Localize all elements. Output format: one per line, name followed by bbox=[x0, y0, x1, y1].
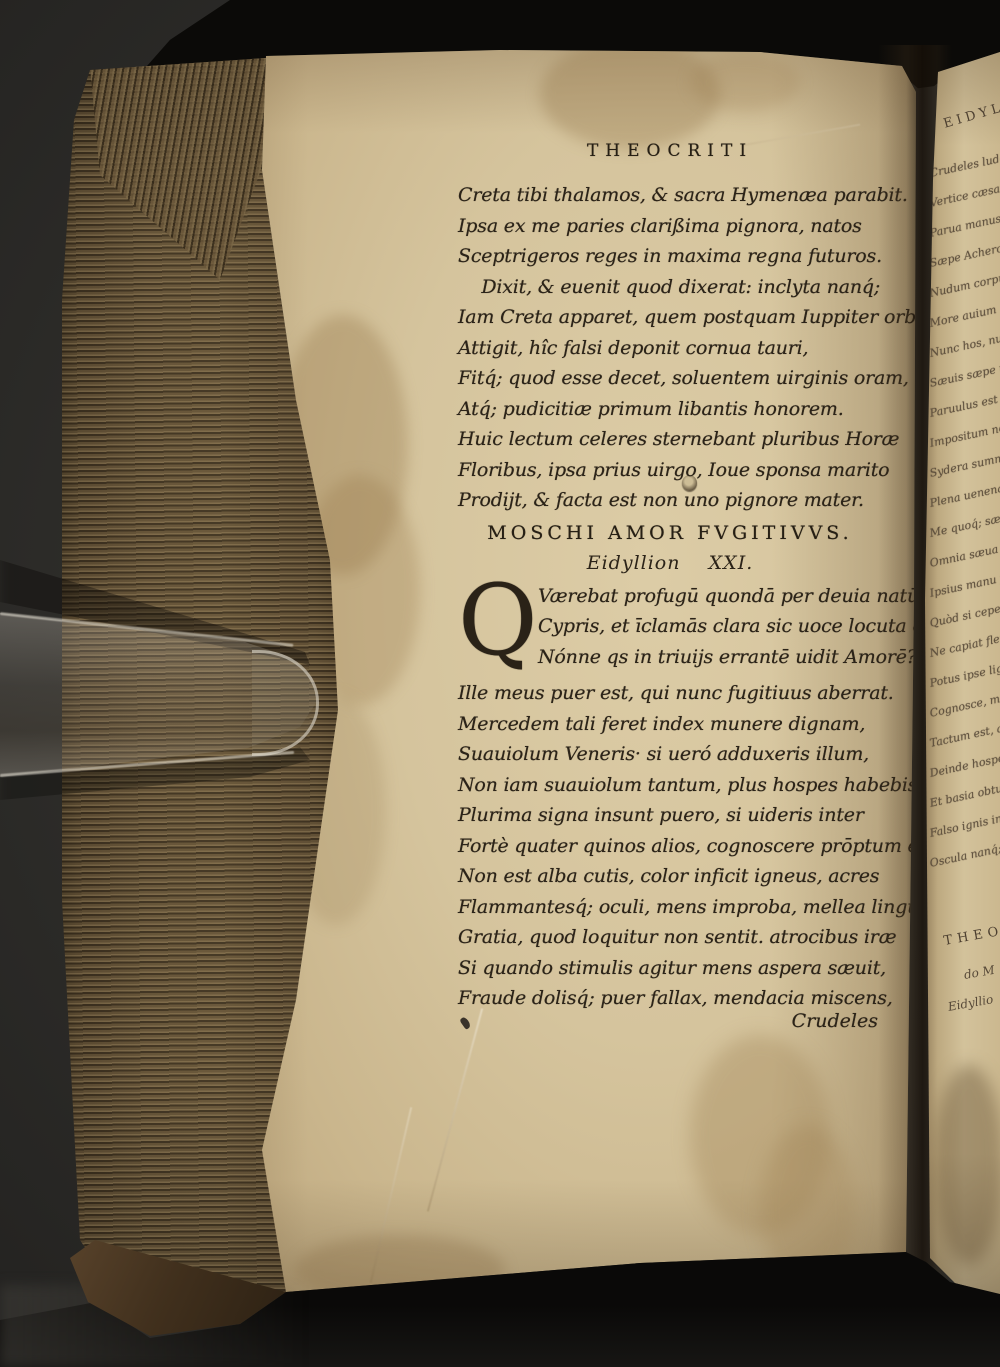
poem-line: Ille meus puer est, qui nunc fugitiuus a… bbox=[458, 678, 882, 709]
poem-line: Ipsa ex me paries clarißima pignora, nat… bbox=[458, 211, 882, 242]
drop-cap-initial: Q bbox=[458, 581, 538, 661]
poem-line: Sceptrigeros reges in maxima regna futur… bbox=[458, 241, 882, 272]
poem-line: Non iam suauiolum tantum, plus hospes ha… bbox=[458, 770, 882, 801]
footer-heading-fragment: THEOC bbox=[941, 886, 1000, 959]
idyll-opening: Q Værebat profugū quondā per deuia natūC… bbox=[458, 581, 882, 673]
poem-line: Flammantesq́; oculi, mens improba, melle… bbox=[458, 892, 882, 923]
poem-line: Prodijt, & facta est non uno pignore mat… bbox=[458, 485, 882, 516]
poem-line: Floribus, ipsa prius uirgo, Ioue sponsa … bbox=[458, 455, 882, 486]
page-crease bbox=[427, 1008, 483, 1211]
book-photograph: THEOCRITI Creta tibi thalamos, & sacra H… bbox=[0, 0, 1000, 1367]
poem-line: Non est alba cutis, color inficit igneus… bbox=[458, 861, 882, 892]
page-stain bbox=[690, 53, 800, 111]
page-text-block: THEOCRITI Creta tibi thalamos, & sacra H… bbox=[458, 138, 882, 1032]
poem-line: Fortè quater quinos alios, cognoscere pr… bbox=[458, 831, 882, 862]
poem-line: Cypris, et īclamās clara sic uoce locuta… bbox=[538, 611, 882, 642]
poem-line: Huic lectum celeres sternebant pluribus … bbox=[458, 424, 882, 455]
poem-line: Si quando stimulis agitur mens aspera sæ… bbox=[458, 953, 882, 984]
poem-end-lines: Creta tibi thalamos, & sacra Hymenæa par… bbox=[458, 180, 882, 516]
poem-line: Creta tibi thalamos, & sacra Hymenæa par… bbox=[458, 180, 882, 211]
poem-line: Suauiolum Veneris· si ueró adduxeris ill… bbox=[458, 739, 882, 770]
poem-line: Attigit, hîc falsi deponit cornua tauri, bbox=[458, 333, 882, 364]
right-page-text: EIDYLL Crudeles ludosVertice cæsariesPar… bbox=[930, 115, 1000, 1023]
poem-line: Nónne qs in triuijs errantē uidit Amorē? bbox=[538, 642, 882, 673]
right-page-footer: THEOC do M Eidyllio bbox=[930, 925, 1000, 1023]
poem-line: Gratia, quod loquitur non sentit. atroci… bbox=[458, 922, 882, 953]
poem-line: Fraude dolisq́; puer fallax, mendacia mi… bbox=[458, 983, 882, 1014]
idyll-lines: Ille meus puer est, qui nunc fugitiuus a… bbox=[458, 678, 882, 1014]
poem-line: Fitq́; quod esse decet, soluentem uirgin… bbox=[458, 363, 882, 394]
poem-line: Mercedem tali feret index munere dignam, bbox=[458, 709, 882, 740]
page-stain bbox=[540, 39, 720, 149]
running-head: THEOCRITI bbox=[458, 138, 882, 164]
poem-line: Plurima signa insunt puero, si uideris i… bbox=[458, 800, 882, 831]
right-page: EIDYLL Crudeles ludosVertice cæsariesPar… bbox=[920, 45, 1000, 1305]
left-page: THEOCRITI Creta tibi thalamos, & sacra H… bbox=[240, 45, 920, 1305]
page-stain bbox=[934, 1065, 1000, 1265]
poem-line: Iam Creta apparet, quem postquam Iuppite… bbox=[458, 302, 882, 333]
poem-line: Værebat profugū quondā per deuia natū bbox=[538, 581, 882, 612]
idyll-opening-lines: Værebat profugū quondā per deuia natūCyp… bbox=[538, 581, 882, 673]
poem-line: Dixit, & euenit quod dixerat: inclyta na… bbox=[458, 272, 882, 303]
right-page-lines: Crudeles ludosVertice cæsariesParua manu… bbox=[930, 159, 1000, 879]
poem-line: Atq́; pudicitiæ primum libantis honorem. bbox=[458, 394, 882, 425]
section-heading: MOSCHI AMOR FVGITIVVS. bbox=[458, 518, 882, 548]
